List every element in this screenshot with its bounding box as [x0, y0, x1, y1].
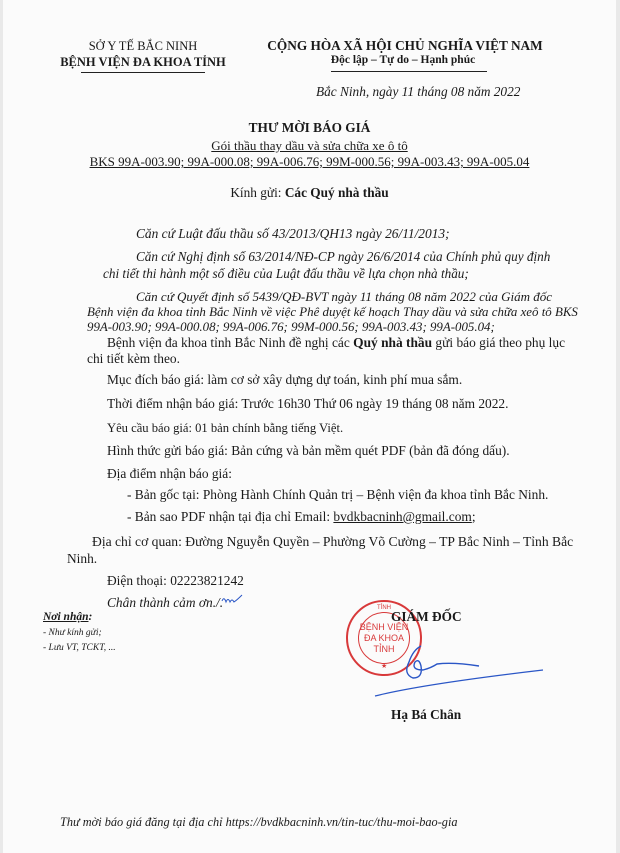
- location-label: Địa điểm nhận báo giá:: [107, 465, 232, 483]
- license-plates: BKS 99A-003.90; 99A-000.08; 99A-006.76; …: [3, 154, 616, 170]
- submission-form: Hình thức gửi báo giá: Bản cứng và bản m…: [107, 442, 510, 460]
- purpose: Mục đích báo giá: làm cơ sở xây dựng dự …: [107, 371, 462, 389]
- document-title: THƯ MỜI BÁO GIÁ: [3, 120, 616, 136]
- initials-signature-icon: [221, 594, 243, 606]
- location-pdf-text: - Bản sao PDF nhận tại địa chỉ Email:: [127, 509, 333, 524]
- header-left-rule: [81, 72, 205, 73]
- request-text-post: gửi báo giá theo phụ lục: [432, 335, 565, 350]
- request-text-pre: Bệnh viện đa khoa tỉnh Bắc Ninh đề nghị …: [107, 335, 353, 350]
- agency-address: Địa chỉ cơ quan: Đường Nguyễn Quyền – Ph…: [92, 533, 573, 551]
- location-pdf: - Bản sao PDF nhận tại địa chỉ Email: bv…: [127, 508, 476, 526]
- request-line-2: chi tiết kèm theo.: [87, 350, 180, 368]
- agency-address-cont: Ninh.: [67, 550, 97, 568]
- place-date: Bắc Ninh, ngày 11 tháng 08 năm 2022: [316, 84, 520, 100]
- recipient-item: - Như kính gửi;: [43, 628, 102, 638]
- director-signature-icon: [363, 640, 553, 698]
- legal-basis-2-cont: chi tiết thi hành một số điều của Luật đ…: [103, 265, 469, 283]
- thanks: Chân thành cảm ơn./.: [107, 594, 223, 612]
- recipient-item: - Lưu VT, TCKT, ...: [43, 643, 116, 653]
- recipient-value: Các Quý nhà thầu: [285, 185, 389, 200]
- motto: Độc lập – Tự do – Hạnh phúc: [293, 54, 513, 66]
- recipient-label: Kính gửi:: [230, 185, 285, 200]
- recipients-label: Nơi nhận:: [43, 611, 92, 623]
- footer-note: Thư mời báo giá đăng tại địa chỉ https:/…: [60, 815, 458, 830]
- email-link[interactable]: bvdkbacninh@gmail.com: [333, 509, 471, 524]
- location-original: - Bản gốc tại: Phòng Hành Chính Quản trị…: [127, 486, 548, 504]
- requirement: Yêu cầu báo giá: 01 bản chính bằng tiếng…: [107, 419, 343, 437]
- signer-name: Hạ Bá Chân: [391, 707, 461, 723]
- recipient-line: Kính gửi: Các Quý nhà thầu: [3, 185, 616, 201]
- request-bold: Quý nhà thầu: [353, 335, 432, 350]
- legal-basis-2: Căn cứ Nghị định số 63/2014/NĐ-CP ngày 2…: [136, 248, 550, 266]
- header-right-rule: [331, 71, 487, 72]
- legal-basis-1: Căn cứ Luật đấu thầu số 43/2013/QH13 ngà…: [136, 225, 450, 243]
- hospital-name: BỆNH VIỆN ĐA KHOA TỈNH: [53, 55, 233, 70]
- department-name: SỞ Y TẾ BẮC NINH: [63, 39, 223, 54]
- signer-position: GIÁM ĐỐC: [391, 609, 462, 625]
- deadline: Thời điểm nhận báo giá: Trước 16h30 Thứ …: [107, 395, 508, 413]
- nation-title: CỘNG HÒA XÃ HỘI CHỦ NGHĨA VIỆT NAM: [265, 38, 545, 54]
- document-page: SỞ Y TẾ BẮC NINH BỆNH VIỆN ĐA KHOA TỈNH …: [3, 0, 616, 853]
- location-pdf-suffix: ;: [472, 509, 476, 524]
- document-subtitle: Gói thầu thay dầu và sửa chữa xe ô tô: [3, 138, 616, 154]
- phone: Điện thoại: 02223821242: [107, 572, 244, 590]
